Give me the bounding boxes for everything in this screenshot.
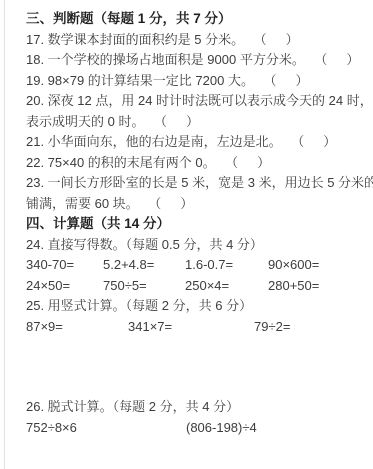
answer-blank-18: （ ） bbox=[321, 52, 363, 67]
expression: 341×7= bbox=[128, 317, 254, 338]
expression: 250×4= bbox=[185, 276, 268, 297]
question-25-title: 25. 用竖式计算。（每题 2 分，共 6 分） bbox=[26, 296, 365, 317]
section3-title: 三、判断题（每题 1 分，共 7 分） bbox=[26, 9, 365, 30]
expression: 24×50= bbox=[26, 276, 103, 297]
question-21-text: 21. 小华面向东，他的右边是南，左边是北。 bbox=[26, 134, 282, 149]
expression: 752÷8×6 bbox=[26, 418, 186, 439]
question-18: 18. 一个学校的操场占地面积是 9000 平方分米。（ ） bbox=[26, 50, 365, 71]
expression: 280+50= bbox=[268, 276, 365, 297]
question-19-text: 19. 98×79 的计算结果一定比 7200 大。 bbox=[26, 73, 254, 88]
question-20-text: 表示成明天的 0 时。 bbox=[26, 114, 144, 129]
worksheet-page: 三、判断题（每题 1 分，共 7 分） 17. 数学课本封面的面积约是 5 分米… bbox=[0, 0, 373, 438]
question-25-row: 87×9= 341×7= 79÷2= bbox=[26, 317, 365, 338]
question-23-line1: 23. 一间长方形卧室的长是 5 米，宽是 3 米，用边长 5 分米的地砖 bbox=[26, 173, 365, 194]
expression: 1.6-0.7= bbox=[185, 255, 268, 276]
question-26-row: 752÷8×6 (806-198)÷4 bbox=[26, 418, 365, 439]
expression: (806-198)÷4 bbox=[186, 418, 365, 439]
question-20-line1: 20. 深夜 12 点，用 24 时计时法既可以表示成今天的 24 时，也可以 bbox=[26, 91, 365, 112]
answer-blank-23: （ ） bbox=[155, 196, 197, 211]
answer-blank-19: （ ） bbox=[270, 73, 312, 88]
answer-blank-17: （ ） bbox=[260, 32, 302, 47]
question-26-title: 26. 脱式计算。（每题 2 分，共 4 分） bbox=[26, 397, 365, 418]
vertical-calc-workspace bbox=[26, 337, 365, 397]
question-23-text: 铺满，需要 60 块。 bbox=[26, 196, 139, 211]
question-23-line2: 铺满，需要 60 块。（ ） bbox=[26, 194, 365, 215]
expression: 90×600= bbox=[268, 255, 365, 276]
question-17-text: 17. 数学课本封面的面积约是 5 分米。 bbox=[26, 32, 244, 47]
question-17: 17. 数学课本封面的面积约是 5 分米。（ ） bbox=[26, 30, 365, 51]
question-19: 19. 98×79 的计算结果一定比 7200 大。（ ） bbox=[26, 71, 365, 92]
answer-blank-20: （ ） bbox=[160, 114, 202, 129]
question-18-text: 18. 一个学校的操场占地面积是 9000 平方分米。 bbox=[26, 52, 305, 67]
question-22-text: 22. 75×40 的积的末尾有两个 0。 bbox=[26, 155, 216, 170]
question-24-row1: 340-70= 5.2+4.8= 1.6-0.7= 90×600= bbox=[26, 255, 365, 276]
expression: 87×9= bbox=[26, 317, 128, 338]
question-22: 22. 75×40 的积的末尾有两个 0。（ ） bbox=[26, 153, 365, 174]
question-24-title: 24. 直接写得数。（每题 0.5 分，共 4 分） bbox=[26, 235, 365, 256]
answer-blank-22: （ ） bbox=[232, 155, 274, 170]
section4-title: 四、计算题（共 14 分） bbox=[26, 214, 365, 235]
question-24-row2: 24×50= 750÷5= 250×4= 280+50= bbox=[26, 276, 365, 297]
page-edge-line bbox=[4, 0, 5, 469]
question-21: 21. 小华面向东，他的右边是南，左边是北。（ ） bbox=[26, 132, 365, 153]
expression: 79÷2= bbox=[254, 317, 365, 338]
expression: 5.2+4.8= bbox=[103, 255, 185, 276]
expression: 340-70= bbox=[26, 255, 103, 276]
expression: 750÷5= bbox=[103, 276, 185, 297]
question-20-line2: 表示成明天的 0 时。（ ） bbox=[26, 112, 365, 133]
answer-blank-21: （ ） bbox=[298, 134, 340, 149]
